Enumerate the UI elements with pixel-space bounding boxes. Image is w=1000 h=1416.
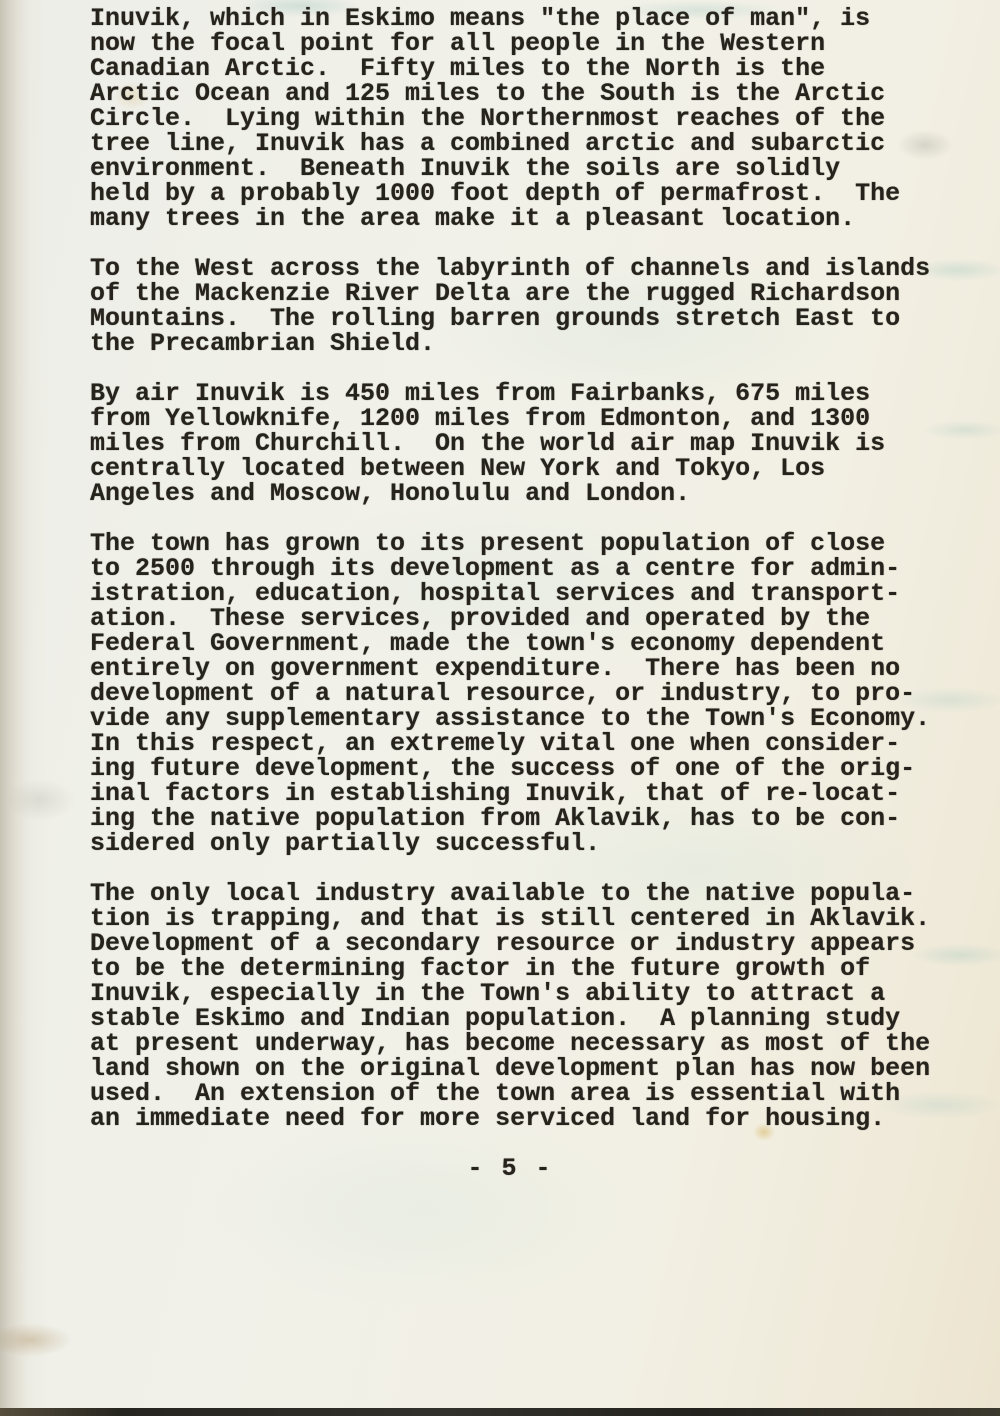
page-left-shadow xyxy=(0,0,48,1416)
paragraph-geography-west: To the West across the labyrinth of chan… xyxy=(90,256,950,356)
scan-bottom-edge xyxy=(0,1408,1000,1416)
paragraph-inuvik-intro: Inuvik, which in Eskimo means "the place… xyxy=(90,6,950,231)
paragraph-air-distances: By air Inuvik is 450 miles from Fairbank… xyxy=(90,381,950,506)
document-page: Inuvik, which in Eskimo means "the place… xyxy=(0,0,1000,1416)
paragraph-local-industry: The only local industry available to the… xyxy=(90,881,950,1131)
typewritten-text: Inuvik, which in Eskimo means "the place… xyxy=(90,6,950,1181)
paragraph-town-growth-economy: The town has grown to its present popula… xyxy=(90,531,950,856)
page-number: - 5 - xyxy=(90,1156,930,1181)
